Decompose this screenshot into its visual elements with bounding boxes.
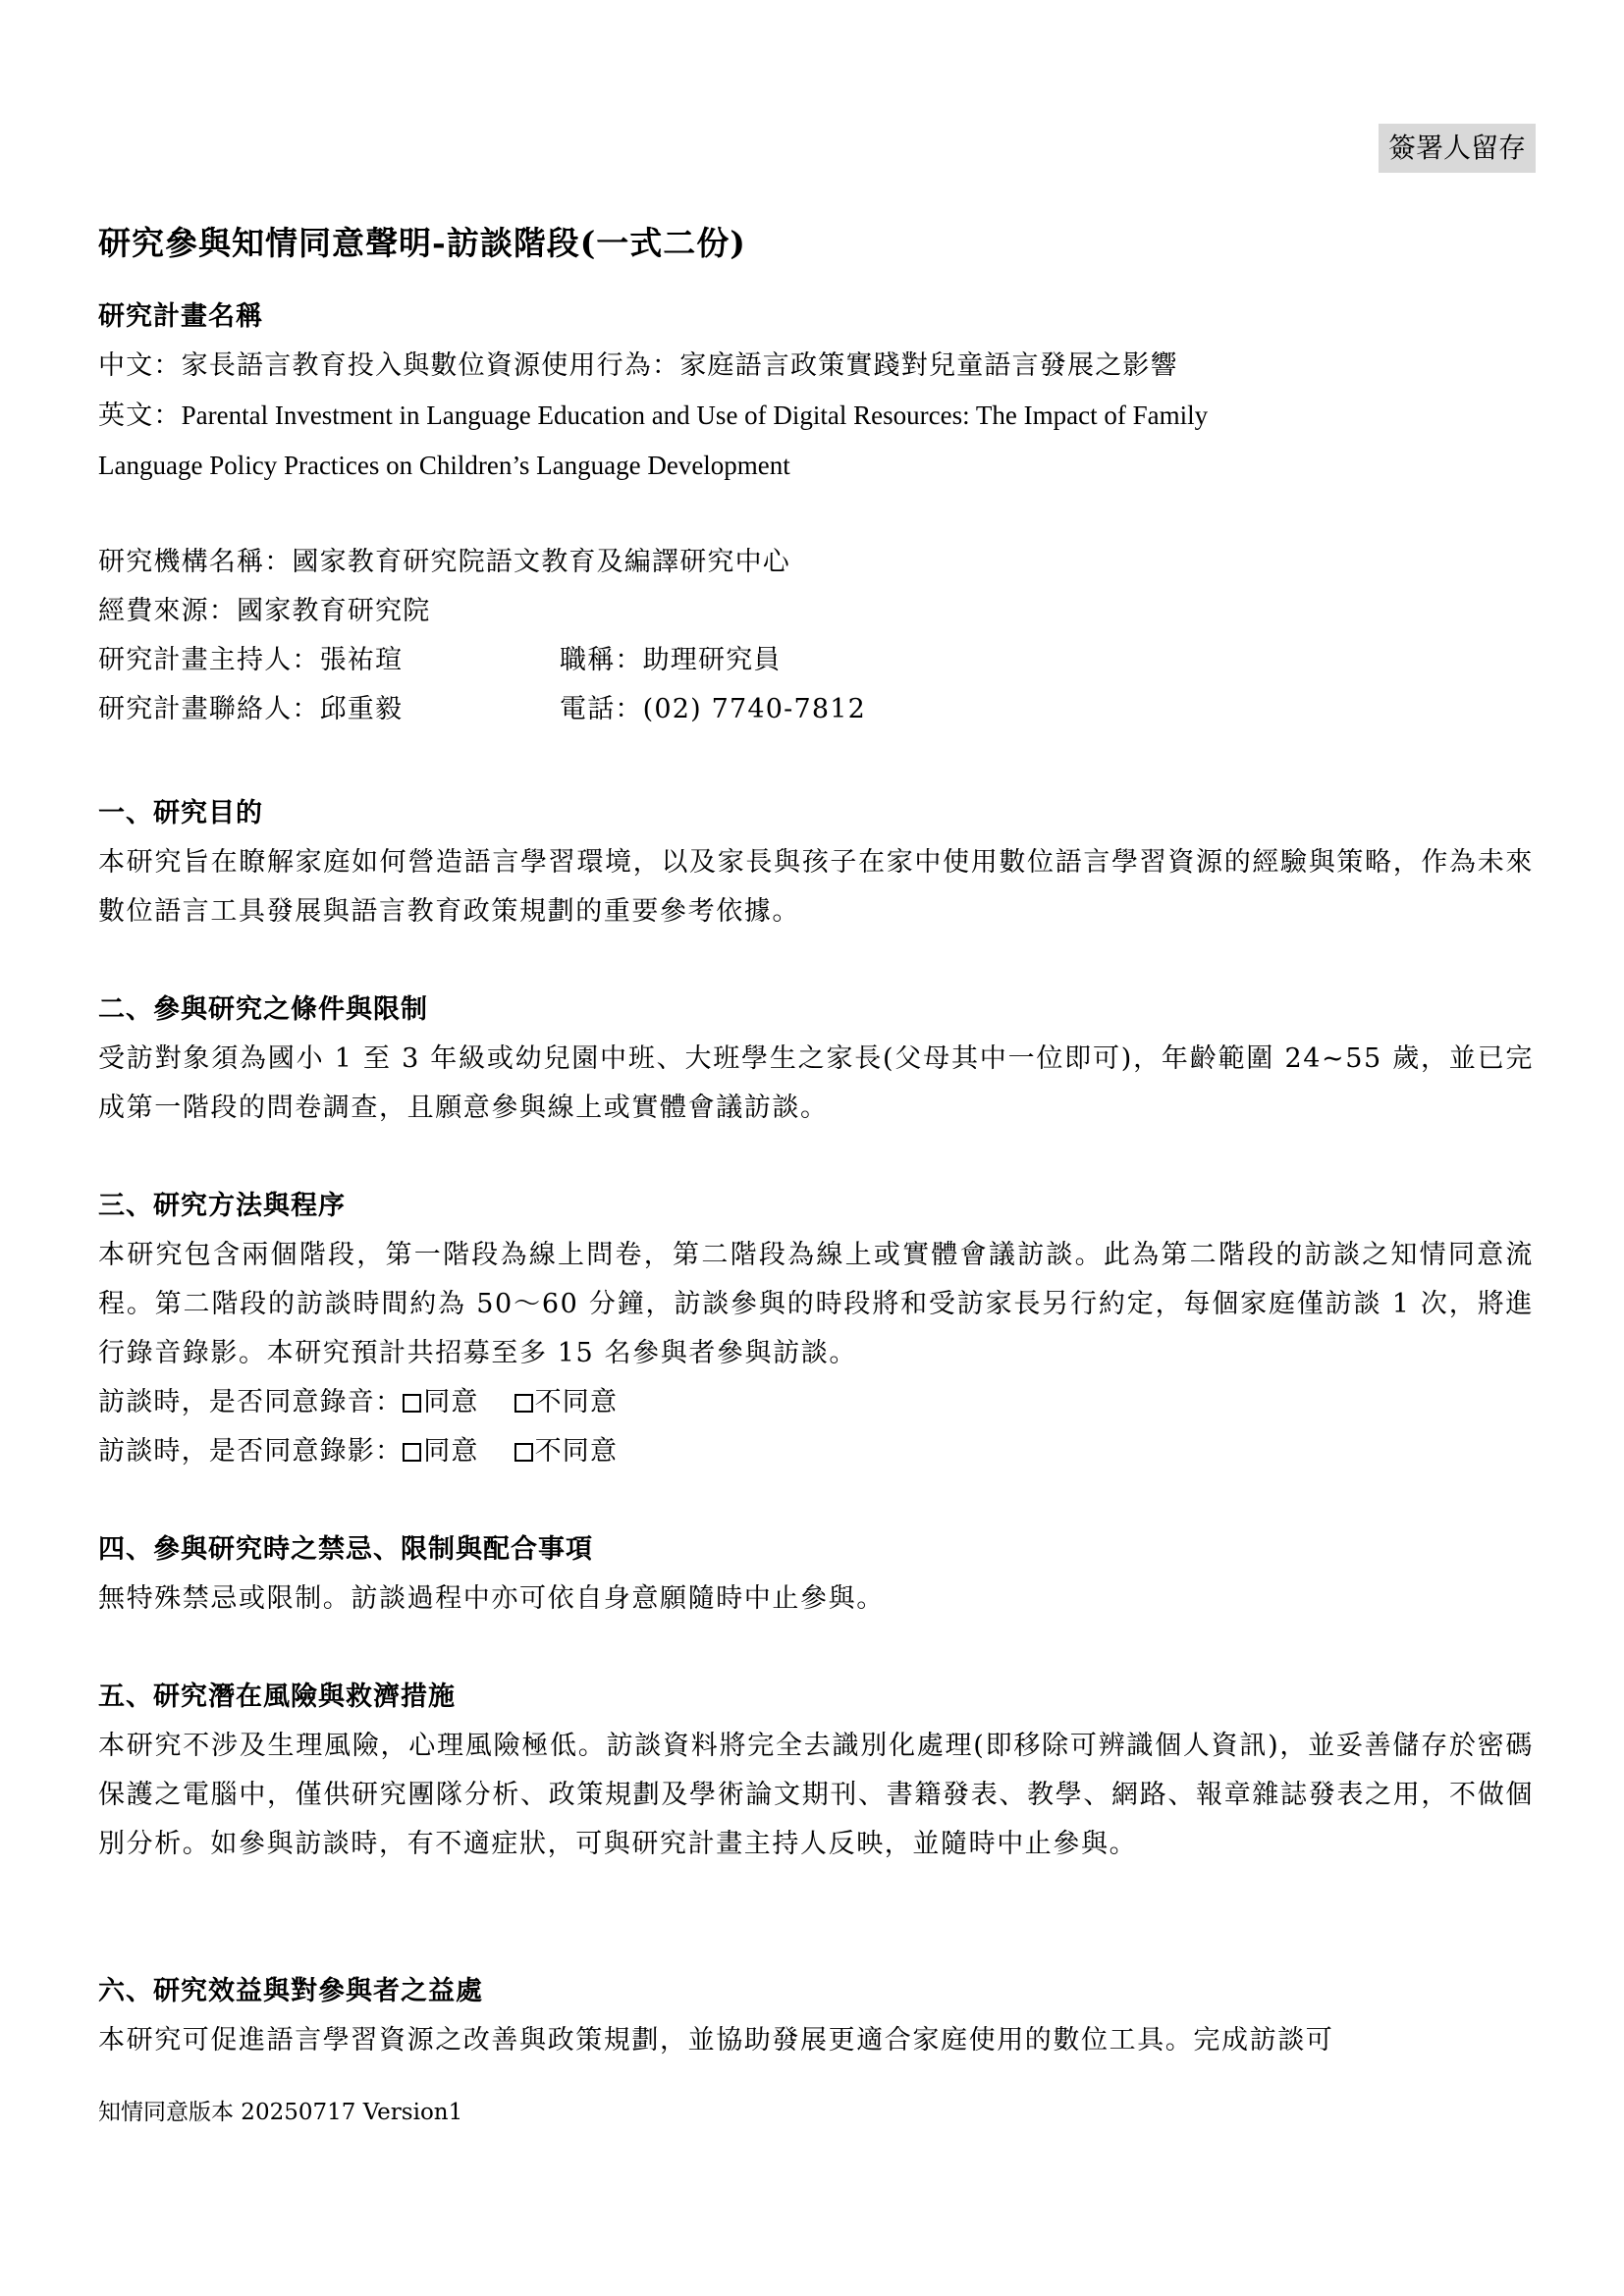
option-label: 不同意: [535, 1378, 619, 1427]
consent-video-agree[interactable]: 同意: [403, 1427, 478, 1476]
section-2: 二、參與研究之條件與限制 受訪對象須為國小 1 至 3 年級或幼兒園中班、大班學…: [98, 986, 1534, 1133]
pi-row: 研究計畫主持人：張祐瑄 職稱：助理研究員: [98, 636, 1534, 685]
zh-title: 家長語言教育投入與數位資源使用行為：家庭語言政策實踐對兒童語言發展之影響: [182, 350, 1178, 381]
signer-copy-badge: 簽署人留存: [1379, 124, 1536, 173]
section-body: 本研究可促進語言學習資源之改善與政策規劃，並協助發展更適合家庭使用的數位工具。完…: [98, 2016, 1534, 2065]
consent-audio-agree[interactable]: 同意: [403, 1378, 478, 1427]
institution: 研究機構名稱：國家教育研究院語文教育及編譯研究中心: [98, 538, 1534, 587]
section-heading: 六、研究效益與對參與者之益處: [98, 1967, 1534, 2016]
section-heading: 三、研究方法與程序: [98, 1182, 1534, 1231]
en-label: 英文：: [98, 400, 182, 431]
section-heading: 一、研究目的: [98, 789, 1534, 838]
checkbox-icon[interactable]: [403, 1394, 421, 1413]
principal-investigator: 研究計畫主持人：張祐瑄: [98, 636, 560, 685]
document-title: 研究參與知情同意聲明-訪談階段(一式二份): [98, 218, 746, 264]
option-label: 同意: [423, 1378, 478, 1427]
consent-audio-label: 訪談時，是否同意錄音：: [98, 1378, 403, 1427]
checkbox-icon[interactable]: [514, 1443, 533, 1462]
pi-title: 職稱：助理研究員: [560, 636, 782, 685]
section-4: 四、參與研究時之禁忌、限制與配合事項 無特殊禁忌或限制。訪談過程中亦可依自身意願…: [98, 1525, 1534, 1624]
section-heading: 五、研究潛在風險與救濟措施: [98, 1673, 1534, 1722]
consent-audio-disagree[interactable]: 不同意: [514, 1378, 619, 1427]
option-label: 不同意: [535, 1427, 619, 1476]
section-body: 本研究不涉及生理風險，心理風險極低。訪談資料將完全去識別化處理(即移除可辨識個人…: [98, 1722, 1534, 1869]
project-name-zh: 中文：家長語言教育投入與數位資源使用行為：家庭語言政策實踐對兒童語言發展之影響: [98, 342, 1534, 391]
section-body: 本研究旨在瞭解家庭如何營造語言學習環境，以及家長與孩子在家中使用數位語言學習資源…: [98, 838, 1534, 936]
project-name-en-line2: Language Policy Practices on Children’s …: [98, 441, 1534, 490]
version-footer: 知情同意版本 20250717 Version1: [98, 2094, 462, 2126]
project-info: 研究機構名稱：國家教育研究院語文教育及編譯研究中心 經費來源：國家教育研究院 研…: [98, 538, 1534, 734]
section-6: 六、研究效益與對參與者之益處 本研究可促進語言學習資源之改善與政策規劃，並協助發…: [98, 1967, 1534, 2065]
section-1: 一、研究目的 本研究旨在瞭解家庭如何營造語言學習環境，以及家長與孩子在家中使用數…: [98, 789, 1534, 936]
section-heading: 四、參與研究時之禁忌、限制與配合事項: [98, 1525, 1534, 1575]
option-label: 同意: [423, 1427, 478, 1476]
section-heading: 二、參與研究之條件與限制: [98, 986, 1534, 1035]
section-body: 受訪對象須為國小 1 至 3 年級或幼兒園中班、大班學生之家長(父母其中一位即可…: [98, 1035, 1534, 1133]
funding-source: 經費來源：國家教育研究院: [98, 587, 1534, 636]
checkbox-icon[interactable]: [514, 1394, 533, 1413]
checkbox-icon[interactable]: [403, 1443, 421, 1462]
section-body: 無特殊禁忌或限制。訪談過程中亦可依自身意願隨時中止參與。: [98, 1575, 1534, 1624]
en-title-1: Parental Investment in Language Educatio…: [182, 400, 1208, 430]
section-body: 本研究包含兩個階段，第一階段為線上問卷，第二階段為線上或實體會議訪談。此為第二階…: [98, 1231, 1534, 1378]
contact-person: 研究計畫聯絡人：邱重毅: [98, 685, 560, 734]
project-name-heading: 研究計畫名稱: [98, 293, 1534, 342]
contact-phone: 電話：(02) 7740-7812: [560, 685, 866, 734]
section-5: 五、研究潛在風險與救濟措施 本研究不涉及生理風險，心理風險極低。訪談資料將完全去…: [98, 1673, 1534, 1869]
section-3: 三、研究方法與程序 本研究包含兩個階段，第一階段為線上問卷，第二階段為線上或實體…: [98, 1182, 1534, 1476]
consent-video-label: 訪談時，是否同意錄影：: [98, 1427, 403, 1476]
consent-audio-row: 訪談時，是否同意錄音： 同意 不同意: [98, 1378, 1534, 1427]
contact-row: 研究計畫聯絡人：邱重毅 電話：(02) 7740-7812: [98, 685, 1534, 734]
project-name-section: 研究計畫名稱 中文：家長語言教育投入與數位資源使用行為：家庭語言政策實踐對兒童語…: [98, 293, 1534, 490]
consent-video-row: 訪談時，是否同意錄影： 同意 不同意: [98, 1427, 1534, 1476]
zh-label: 中文：: [98, 350, 182, 381]
project-name-en-line1: 英文：Parental Investment in Language Educa…: [98, 391, 1534, 441]
consent-video-disagree[interactable]: 不同意: [514, 1427, 619, 1476]
